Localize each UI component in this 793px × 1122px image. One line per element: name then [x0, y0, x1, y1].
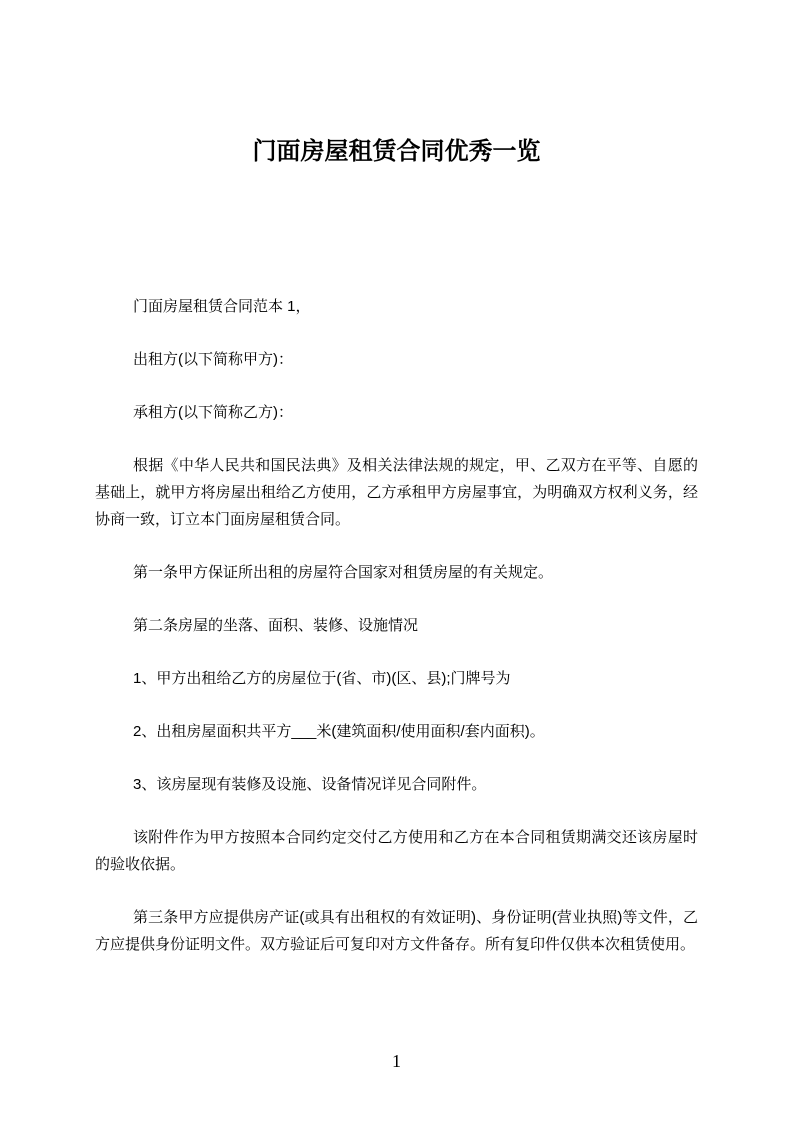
document-body: 门面房屋租赁合同范本 1，出租方(以下简称甲方)：承租方(以下简称乙方)：根据《… — [95, 293, 698, 958]
paragraph-3: 承租方(以下简称乙方)： — [95, 399, 698, 426]
paragraph-11: 第三条甲方应提供房产证(或具有出租权的有效证明)、身份证明(营业执照)等文件，乙… — [95, 904, 698, 958]
document-page: 门面房屋租赁合同优秀一览 门面房屋租赁合同范本 1，出租方(以下简称甲方)：承租… — [0, 0, 793, 1122]
paragraph-6: 第二条房屋的坐落、面积、装修、设施情况 — [95, 612, 698, 639]
paragraph-10: 该附件作为甲方按照本合同约定交付乙方使用和乙方在本合同租赁期满交还该房屋时的验收… — [95, 824, 698, 878]
page-number: 1 — [392, 1051, 401, 1071]
paragraph-2: 出租方(以下简称甲方)： — [95, 346, 698, 373]
paragraph-4: 根据《中华人民共和国民法典》及相关法律法规的规定，甲、乙双方在平等、自愿的基础上… — [95, 452, 698, 533]
document-title: 门面房屋租赁合同优秀一览 — [95, 136, 698, 168]
paragraph-7: 1、甲方出租给乙方的房屋位于(省、市)(区、县);门牌号为 — [95, 665, 698, 692]
paragraph-5: 第一条甲方保证所出租的房屋符合国家对租赁房屋的有关规定。 — [95, 559, 698, 586]
paragraph-1: 门面房屋租赁合同范本 1， — [95, 293, 698, 320]
page-footer: 1 — [0, 1048, 793, 1075]
paragraph-9: 3、该房屋现有装修及设施、设备情况详见合同附件。 — [95, 771, 698, 798]
paragraph-8: 2、出租房屋面积共平方___米(建筑面积/使用面积/套内面积)。 — [95, 718, 698, 745]
